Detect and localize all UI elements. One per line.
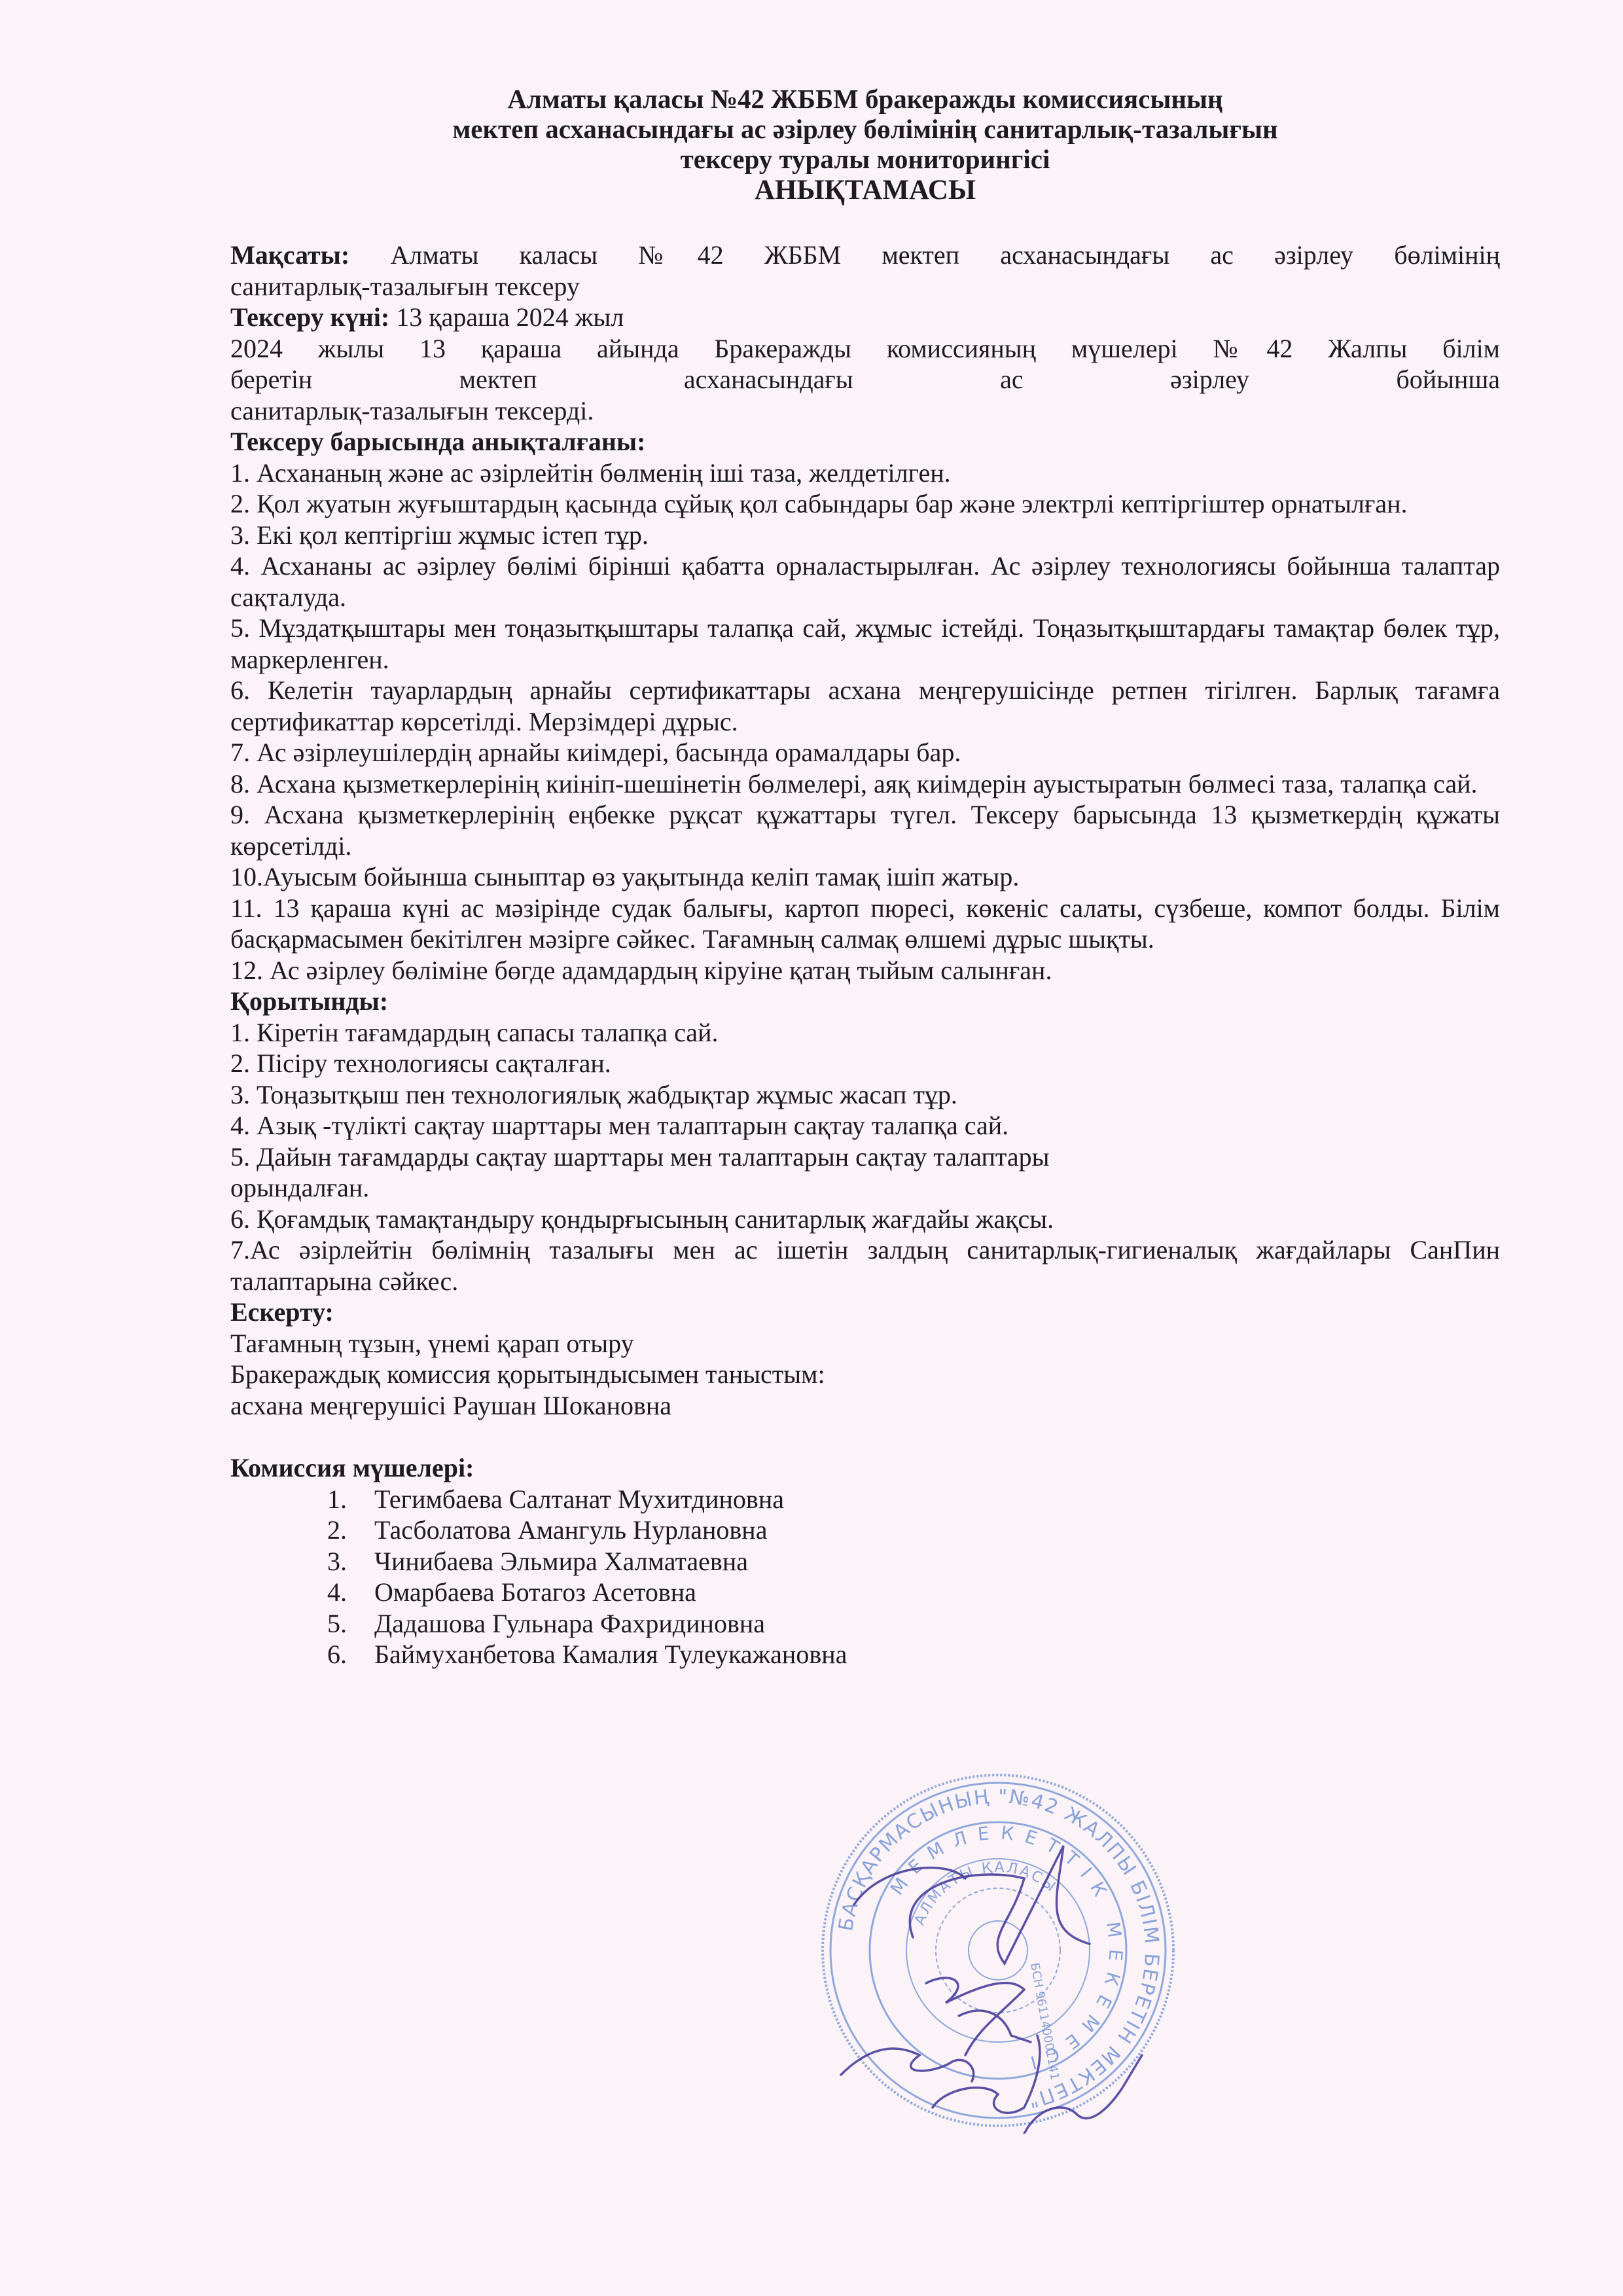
findings-list: 1. Асхананың және ас әзірлейтін бөлменің… [230, 457, 1500, 986]
purpose-text-1: Алматы каласы №42 ЖББМ мектеп асханасынд… [390, 240, 1500, 270]
conclusion-item: 5. Дайын тағамдарды сақтау шарттары мен … [230, 1141, 1500, 1173]
conclusion-item: 2. Пісіру технологиясы сақталған. [230, 1048, 1500, 1079]
member-number: 5. [230, 1608, 374, 1640]
conclusion-list: 1. Кіретін тағамдардың сапасы талапқа са… [230, 1017, 1500, 1297]
conclusion-item: 6. Қоғамдық тамақтандыру қондырғысының с… [230, 1204, 1500, 1235]
intro-line-2: беретін мектеп асханасындағы ас әзірлеу … [230, 364, 1500, 395]
member-number: 2. [230, 1515, 374, 1546]
title-line-1: Алматы қаласы №42 ЖББМ бракеражды комисс… [230, 84, 1500, 114]
member-name: Баймуханбетова Камалия Тулеукажановна [374, 1639, 847, 1670]
stamp-seal-icon: БАСҚАРМАСЫНЫҢ "№42 ЖАЛПЫ БІЛІМ БЕРЕТІН М… [815, 1767, 1181, 2134]
title-line-4: АНЫҚТАМАСЫ [230, 174, 1500, 207]
member-number: 6. [230, 1639, 374, 1670]
member-item: 4.Омарбаева Ботагоз Асетовна [230, 1577, 1500, 1608]
finding-item: 1. Асхананың және ас әзірлейтін бөлменің… [230, 457, 1500, 489]
member-item: 3.Чинибаева Эльмира Халматаевна [230, 1546, 1500, 1577]
finding-item: 5. Мұздатқыштары мен тоңазытқыштары тала… [230, 613, 1500, 675]
purpose-line-2: санитарлық-тазалығын тексеру [230, 271, 1500, 302]
date-label: Тексеру күні: [230, 302, 389, 332]
spacer [230, 207, 1500, 240]
purpose-label: Мақсаты: [230, 240, 349, 270]
date-value: 13 қараша 2024 жыл [396, 302, 624, 332]
title-line-2: мектеп асханасындағы ас әзірлеу бөліміні… [230, 114, 1500, 144]
acknowledged-text: Бракераждық комиссия қорытындысымен таны… [230, 1359, 1500, 1390]
conclusion-heading-text: Қорытынды: [230, 986, 388, 1016]
manager-line: асхана меңгерушісі Раушан Шокановна [230, 1390, 1500, 1422]
document-page: Алматы қаласы №42 ЖББМ бракеражды комисс… [230, 84, 1500, 1670]
member-item: 1.Тегимбаева Салтанат Мухитдиновна [230, 1484, 1500, 1515]
members-heading-text: Комиссия мүшелері: [230, 1453, 474, 1482]
note-text: Тағамның тұзын, үнемі қарап отыру [230, 1328, 1500, 1359]
intro-line-1: 2024 жылы 13 қараша айында Бракеражды ко… [230, 333, 1500, 365]
conclusion-item: 1. Кіретін тағамдардың сапасы талапқа са… [230, 1017, 1500, 1049]
members-list: 1.Тегимбаева Салтанат Мухитдиновна 2.Тас… [230, 1484, 1500, 1670]
member-item: 2.Тасболатова Амангуль Нурлановна [230, 1515, 1500, 1546]
intro-line-3: санитарлық-тазалығын тексерді. [230, 395, 1500, 427]
conclusion-heading: Қорытынды: [230, 986, 1500, 1017]
note-heading-text: Ескерту: [230, 1297, 334, 1327]
date-line: Тексеру күні: 13 қараша 2024 жыл [230, 302, 1500, 333]
note-heading: Ескерту: [230, 1297, 1500, 1328]
member-name: Омарбаева Ботагоз Асетовна [374, 1577, 696, 1608]
finding-item: 11. 13 қараша күні ас мәзірінде судак ба… [230, 893, 1500, 955]
finding-item: 12. Ас әзірлеу бөліміне бөгде адамдардың… [230, 955, 1500, 986]
finding-item: 4. Асхананы ас әзірлеу бөлімі бірінші қа… [230, 550, 1500, 613]
conclusion-item: 7.Ас әзірлейтін бөлімнің тазалығы мен ас… [230, 1234, 1500, 1297]
member-name: Чинибаева Эльмира Халматаевна [374, 1546, 748, 1577]
conclusion-item: 3. Тоңазытқыш пен технологиялық жабдықта… [230, 1079, 1500, 1111]
member-item: 5.Дадашова Гульнара Фахридиновна [230, 1608, 1500, 1640]
purpose-line-1: Мақсаты: Алматы каласы №42 ЖББМ мектеп а… [230, 240, 1500, 271]
member-number: 1. [230, 1484, 374, 1515]
findings-heading: Тексеру барысында анықталғаны: [230, 426, 1500, 457]
finding-item: 6. Келетін тауарлардың арнайы сертификат… [230, 675, 1500, 737]
finding-item: 9. Асхана қызметкерлерінің еңбекке рұқса… [230, 799, 1500, 861]
member-name: Тегимбаева Салтанат Мухитдиновна [374, 1484, 784, 1515]
spacer [230, 1421, 1500, 1452]
official-stamp: БАСҚАРМАСЫНЫҢ "№42 ЖАЛПЫ БІЛІМ БЕРЕТІН М… [815, 1767, 1181, 2134]
document-title: Алматы қаласы №42 ЖББМ бракеражды комисс… [230, 84, 1500, 207]
svg-text:АЛМАТЫ ҚАЛАСЫ: АЛМАТЫ ҚАЛАСЫ [912, 1859, 1060, 1928]
finding-item: 2. Қол жуатын жуғыштардың қасында сұйық … [230, 488, 1500, 520]
conclusion-item: 4. Азық -түлікті сақтау шарттары мен тал… [230, 1110, 1500, 1141]
finding-item: 10.Ауысым бойынша сыныптар өз уақытында … [230, 861, 1500, 893]
conclusion-item: орындалған. [230, 1172, 1500, 1204]
finding-item: 3. Екі қол кептіргіш жұмыс істеп тұр. [230, 520, 1500, 551]
member-name: Тасболатова Амангуль Нурлановна [374, 1515, 767, 1546]
findings-heading-text: Тексеру барысында анықталғаны: [230, 427, 645, 456]
members-heading: Комиссия мүшелері: [230, 1452, 1500, 1484]
member-name: Дадашова Гульнара Фахридиновна [374, 1608, 765, 1640]
member-number: 4. [230, 1577, 374, 1608]
title-line-3: тексеру туралы мониторингісі [230, 144, 1500, 174]
member-item: 6.Баймуханбетова Камалия Тулеукажановна [230, 1639, 1500, 1670]
finding-item: 7. Ас әзірлеушілердің арнайы киімдері, б… [230, 737, 1500, 768]
finding-item: 8. Асхана қызметкерлерінің киініп-шешіне… [230, 768, 1500, 800]
member-number: 3. [230, 1546, 374, 1577]
